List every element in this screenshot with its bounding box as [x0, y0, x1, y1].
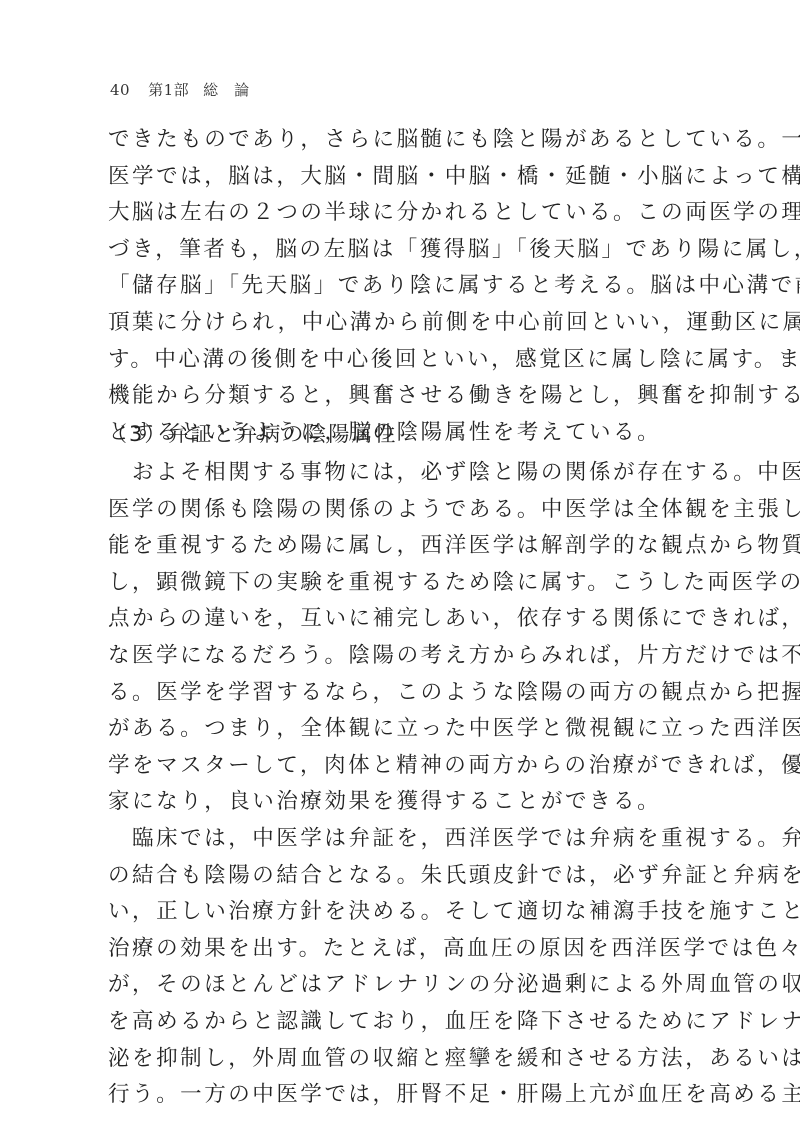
text-line: できたものであり，さらに脳髄にも陰と陽があるとしている。一方の西洋 — [108, 122, 696, 159]
page-number: 40 — [110, 81, 130, 99]
text-line: 能を重視するため陽に属し，西洋医学は解剖学的な観点から物質面を重視 — [108, 528, 696, 565]
text-line: 臨床では，中医学は弁証を，西洋医学では弁病を重視する。弁証と弁病 — [108, 821, 696, 858]
text-line: づき，筆者も，脳の左脳は「獲得脳」「後天脳」であり陽に属し，右脳は — [108, 232, 696, 269]
text-line: 「儲存脳」「先天脳」であり陰に属すると考える。脳は中心溝で前頭葉と頭 — [108, 268, 696, 305]
text-line: 泌を抑制し，外周血管の収縮と痙攣を緩和させる方法，あるいは利尿法を — [108, 1041, 696, 1078]
text-line: が，そのほとんどはアドレナリンの分泌過剰による外周血管の収縮が血圧 — [108, 967, 696, 1004]
running-head: 40第1部総 論 — [110, 80, 250, 100]
text-line: の結合も陰陽の結合となる。朱氏頭皮針では，必ず弁証と弁病を同時に行 — [108, 858, 696, 895]
section-label: 総 論 — [203, 81, 250, 99]
text-line: な医学になるだろう。陰陽の考え方からみれば，片方だけでは不完全であ — [108, 638, 696, 675]
text-line: 頂葉に分けられ，中心溝から前側を中心前回といい，運動区に属し陽に属 — [108, 305, 696, 342]
text-line: す。中心溝の後側を中心後回といい，感覚区に属し陰に属す。また，脳の — [108, 342, 696, 379]
text-line: 学をマスターして，肉体と精神の両方からの治療ができれば，優れた治療 — [108, 748, 696, 785]
text-line: 医学では，脳は，大脳・間脳・中脳・橋・延髄・小脳によって構成され， — [108, 159, 696, 196]
text-line: い，正しい治療方針を決める。そして適切な補瀉手技を施すことにより， — [108, 894, 696, 931]
text-line: し，顕微鏡下の実験を重視するため陰に属す。こうした両医学の異なる観 — [108, 565, 696, 602]
paragraph-2: およそ相関する事物には，必ず陰と陽の関係が存在する。中医学と西洋 医学の関係も陰… — [108, 455, 696, 1114]
text-line: 家になり，良い治療効果を獲得することができる。 — [108, 784, 696, 821]
text-line: およそ相関する事物には，必ず陰と陽の関係が存在する。中医学と西洋 — [108, 455, 696, 492]
text-line: を高めるからと認識しており，血圧を降下させるためにアドレナリンの分 — [108, 1004, 696, 1041]
part-label: 第1部 — [148, 81, 189, 99]
text-line: がある。つまり，全体観に立った中医学と微視観に立った西洋医学の両医 — [108, 711, 696, 748]
text-line: 点からの違いを，互いに補完しあい，依存する関係にできれば，より完全 — [108, 601, 696, 638]
text-line: 大脳は左右の２つの半球に分かれるとしている。この両医学の理論にもと — [108, 195, 696, 232]
section-heading: （3）弁証と弁病の陰陽属性 — [106, 419, 397, 449]
text-line: 治療の効果を出す。たとえば，高血圧の原因を西洋医学では色々と考える — [108, 931, 696, 968]
text-line: る。医学を学習するなら，このような陰陽の両方の観点から把握する必要 — [108, 675, 696, 712]
paragraph-1: できたものであり，さらに脳髄にも陰と陽があるとしている。一方の西洋 医学では，脳… — [108, 122, 696, 451]
text-line: 行う。一方の中医学では，肝腎不足・肝陽上亢が血圧を高める主な原因と — [108, 1077, 696, 1114]
text-line: 機能から分類すると，興奮させる働きを陽とし，興奮を抑制する働きを陰 — [108, 378, 696, 415]
text-line: 医学の関係も陰陽の関係のようである。中医学は全体観を主張し，臓腑機 — [108, 492, 696, 529]
